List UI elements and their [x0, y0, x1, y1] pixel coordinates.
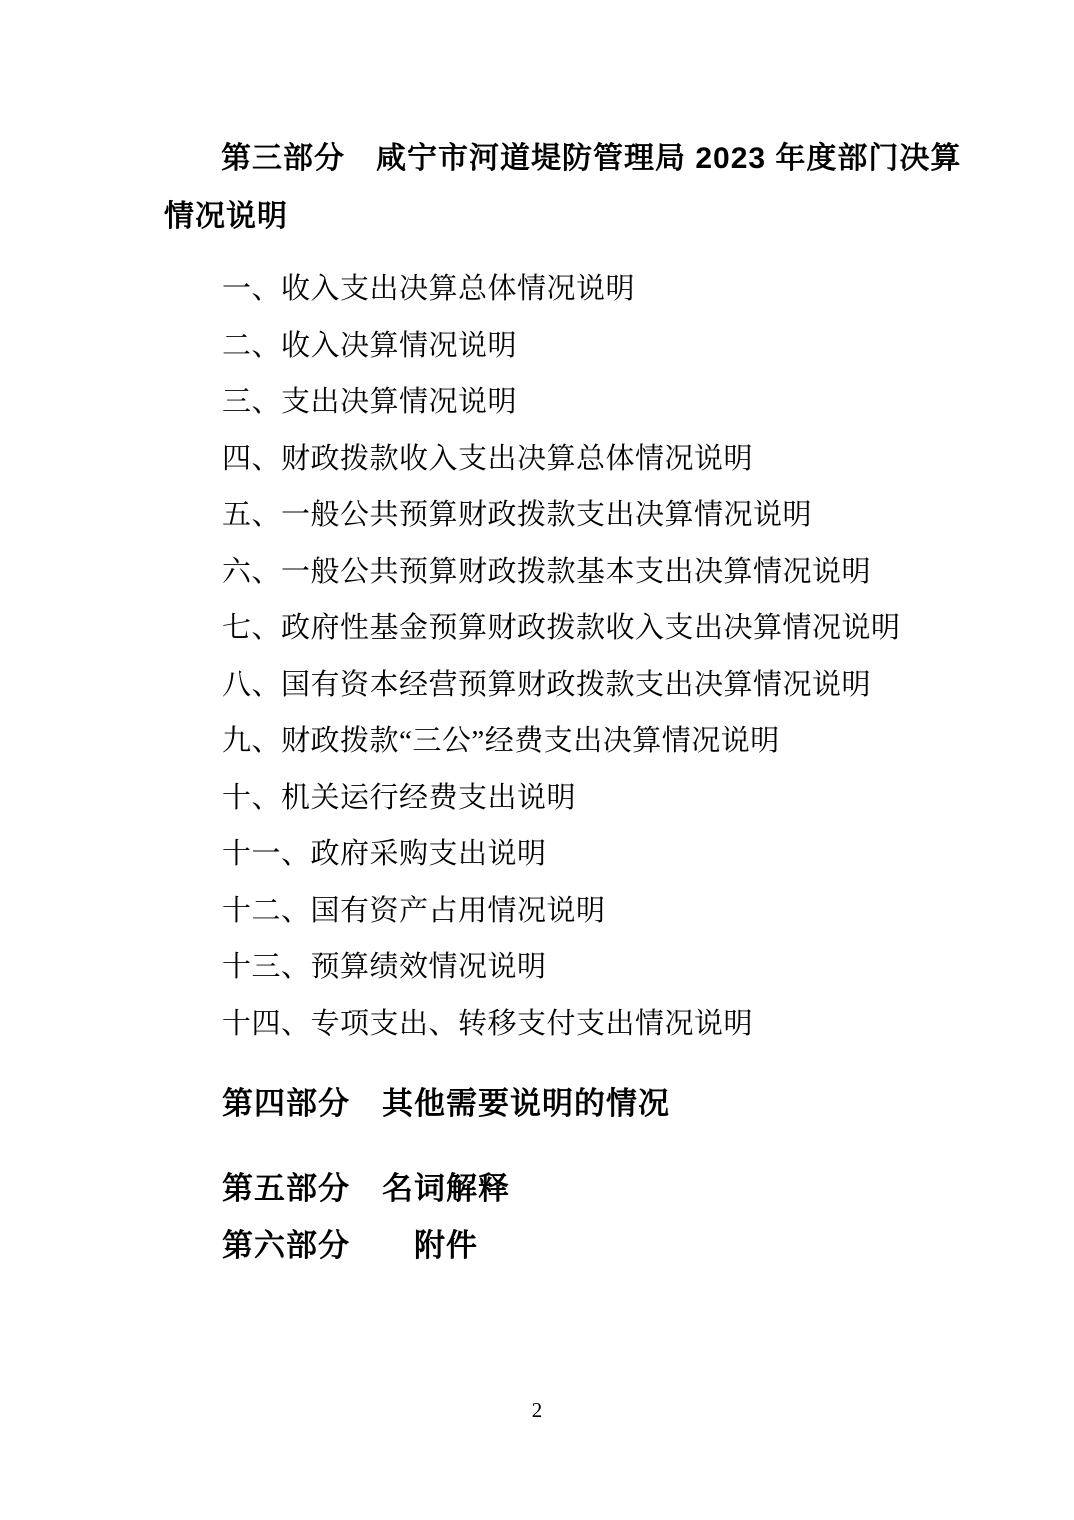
- toc-item: 十、机关运行经费支出说明: [164, 770, 934, 827]
- toc-item: 十二、国有资产占用情况说明: [164, 883, 934, 940]
- toc-item: 六、一般公共预算财政拨款基本支出决算情况说明: [164, 544, 934, 601]
- page-number: 2: [0, 1398, 1074, 1423]
- toc-item: 十一、政府采购支出说明: [164, 826, 934, 883]
- toc-item: 五、一般公共预算财政拨款支出决算情况说明: [164, 487, 934, 544]
- toc-item: 三、支出决算情况说明: [164, 374, 934, 431]
- document-title-line1: 第三部分 咸宁市河道堤防管理局 2023 年度部门决算: [164, 130, 920, 188]
- document-title-line2: 情况说明: [164, 188, 920, 246]
- toc-item: 八、国有资本经营预算财政拨款支出决算情况说明: [164, 657, 934, 714]
- toc-item: 四、财政拨款收入支出决算总体情况说明: [164, 431, 934, 488]
- section-heading: 第六部分 附件: [164, 1225, 934, 1267]
- toc-item: 九、财政拨款“三公”经费支出决算情况说明: [164, 713, 934, 770]
- toc-item: 一、收入支出决算总体情况说明: [164, 261, 934, 318]
- document-page: 第三部分 咸宁市河道堤防管理局 2023 年度部门决算 情况说明 一、收入支出决…: [0, 0, 1074, 1520]
- section-headings: 第四部分 其他需要说明的情况 第五部分 名词解释 第六部分 附件: [164, 1083, 934, 1267]
- toc-item: 十三、预算绩效情况说明: [164, 939, 934, 996]
- toc-item: 七、政府性基金预算财政拨款收入支出决算情况说明: [164, 600, 934, 657]
- toc-item: 十四、专项支出、转移支付支出情况说明: [164, 996, 934, 1053]
- section-heading: 第五部分 名词解释: [164, 1168, 934, 1210]
- table-of-contents: 一、收入支出决算总体情况说明 二、收入决算情况说明 三、支出决算情况说明 四、财…: [164, 261, 934, 1052]
- toc-item: 二、收入决算情况说明: [164, 318, 934, 375]
- section-heading: 第四部分 其他需要说明的情况: [164, 1083, 934, 1125]
- document-title: 第三部分 咸宁市河道堤防管理局 2023 年度部门决算 情况说明: [164, 130, 920, 246]
